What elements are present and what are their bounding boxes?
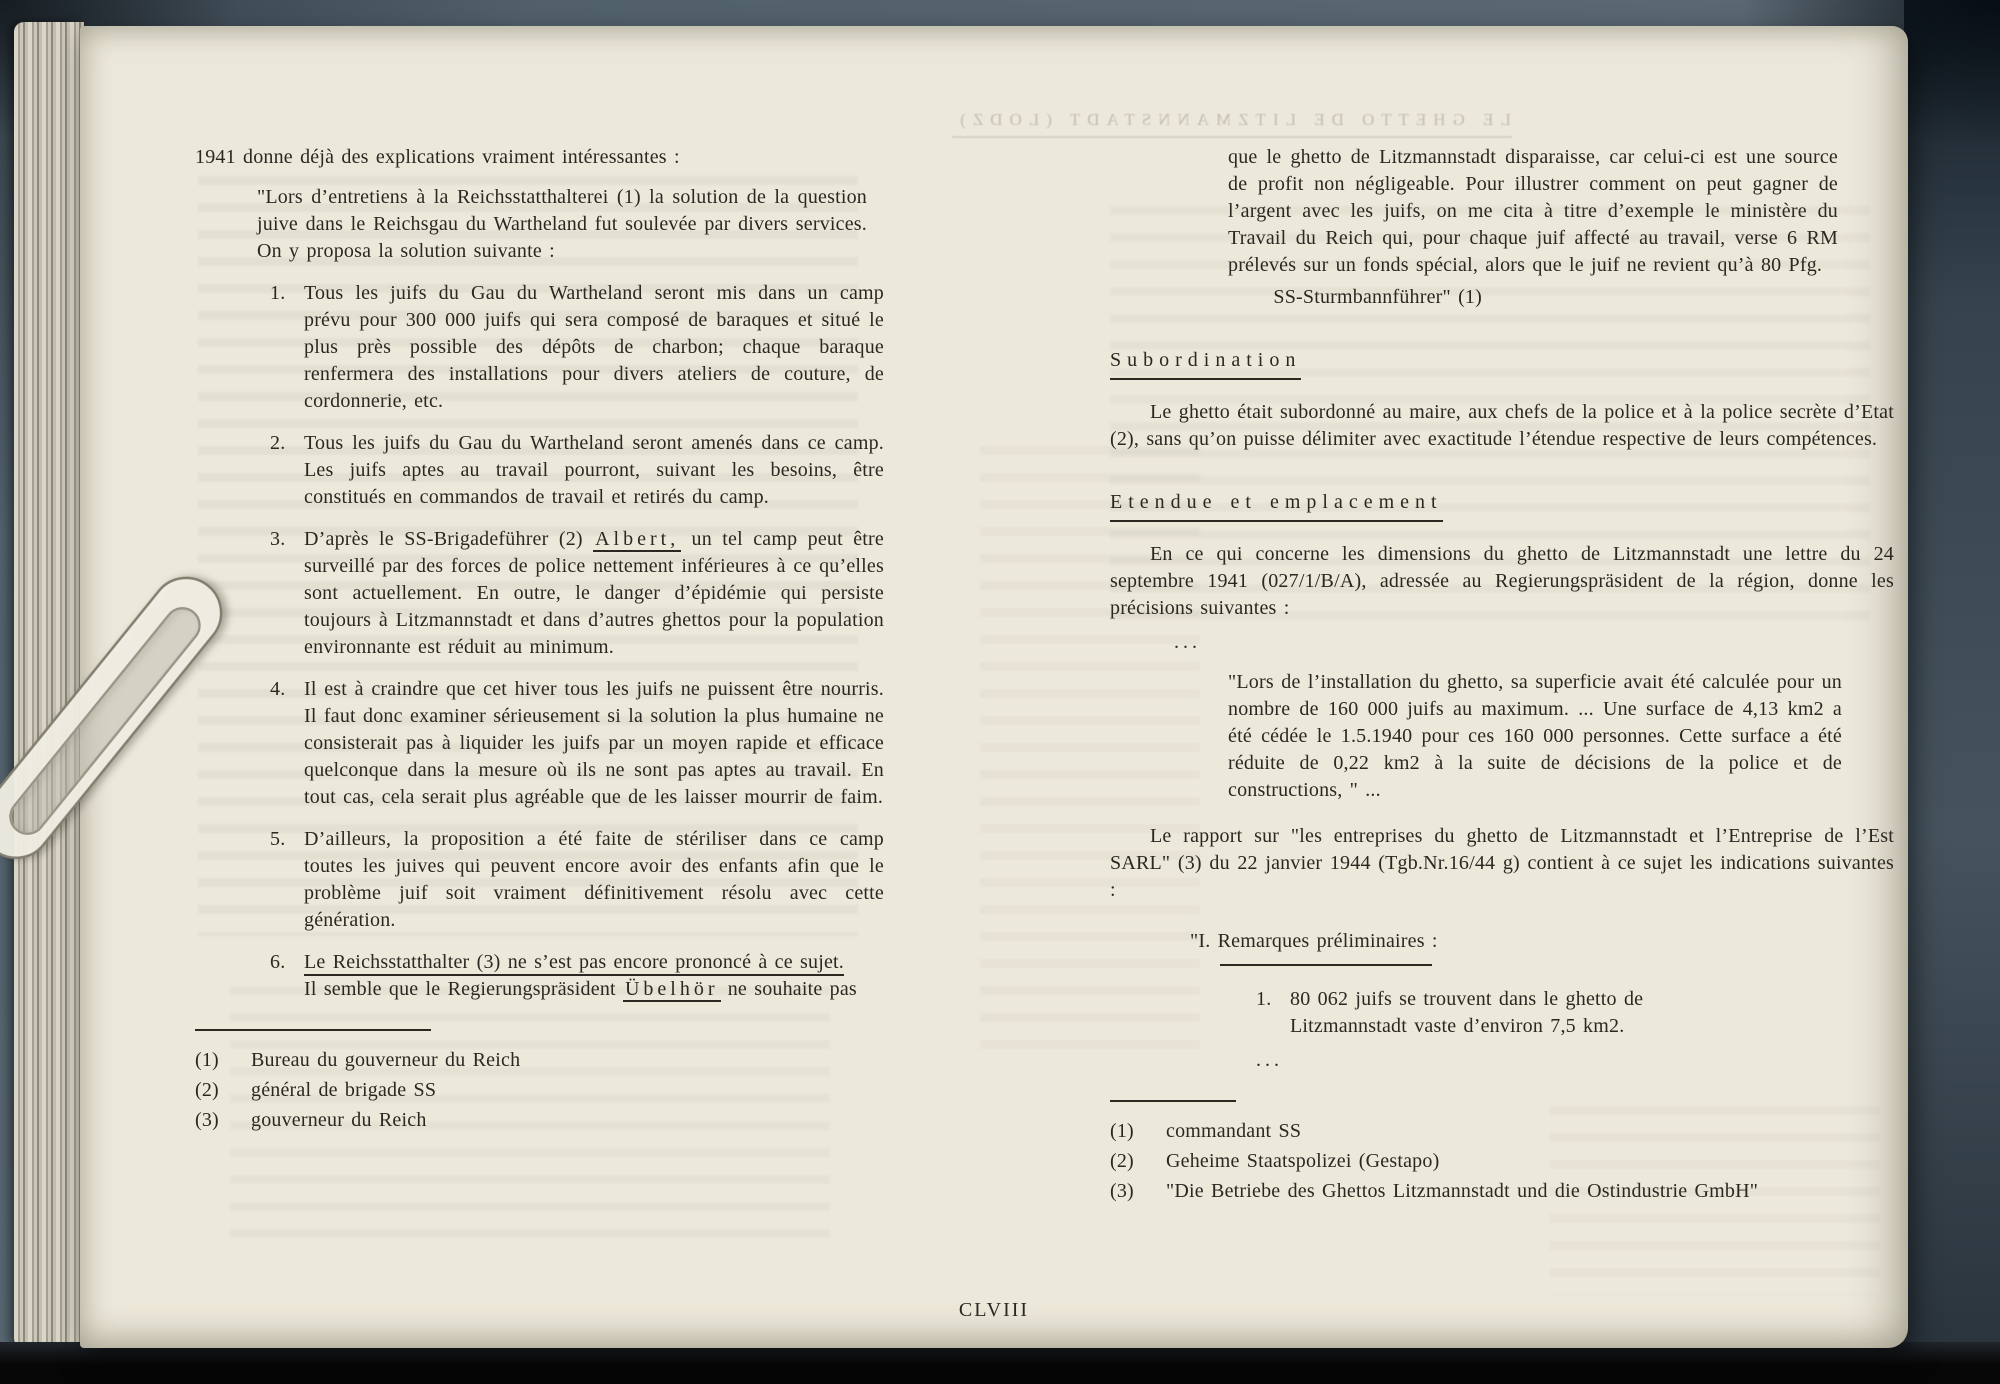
paragraph-etendue: En ce qui concerne les dimensions du ghe…: [1110, 541, 1894, 622]
footnote: (3)"Die Betriebe des Ghettos Litzmannsta…: [1110, 1176, 1894, 1206]
underlined-sentence: Le Reichsstatthalter (3) ne s’est pas en…: [304, 951, 844, 976]
paragraph-rapport: Le rapport sur "les entreprises du ghett…: [1110, 823, 1894, 904]
ellipsis: ...: [1256, 1047, 1894, 1074]
show-through-title: LE GHETTO DE LITZMANNSTADT (LODZ): [952, 110, 1512, 138]
list-item-4: 4. Il est à craindre que cet hiver tous …: [270, 676, 884, 811]
book-page: LE GHETTO DE LITZMANNSTADT (LODZ) 1941 d…: [80, 26, 1908, 1348]
preliminary-item-1: 1. 80 062 juifs se trouvent dans le ghet…: [1256, 986, 1756, 1040]
block-quote-installation: "Lors de l’installation du ghetto, sa su…: [1228, 669, 1842, 804]
underlined-name-albert: Albert,: [593, 528, 681, 552]
book-photo-scene: LE GHETTO DE LITZMANNSTADT (LODZ) 1941 d…: [0, 0, 2000, 1384]
item-text: D’après le SS-Brigadeführer (2) Albert, …: [304, 528, 884, 658]
footnote: (1)Bureau du gouverneur du Reich: [195, 1045, 935, 1075]
item-number: 6.: [270, 949, 285, 976]
footnote-separator: [1110, 1100, 1236, 1102]
footnote: (2)général de brigade SS: [195, 1075, 935, 1105]
list-item-5: 5. D’ailleurs, la proposition a été fait…: [270, 826, 884, 934]
item-number: 3.: [270, 526, 285, 553]
item-number: 1.: [1256, 986, 1271, 1013]
footnote: (3)gouverneur du Reich: [195, 1105, 935, 1135]
item-text: Le Reichsstatthalter (3) ne s’est pas en…: [304, 951, 857, 1002]
section-heading-etendue: Etendue et emplacement: [1110, 489, 1443, 522]
book-cover-right-edge: [1904, 0, 2000, 1384]
section-heading-subordination: Subordination: [1110, 347, 1301, 380]
item-number: 2.: [270, 430, 285, 457]
list-item-3: 3. D’après le SS-Brigadeführer (2) Alber…: [270, 526, 884, 661]
page-edges-stack: [14, 22, 84, 1348]
item-text: D’ailleurs, la proposition a été faite d…: [304, 828, 884, 931]
heading-wrap: Etendue et emplacement: [1110, 453, 1894, 522]
page-number: CLVIII: [80, 1299, 1908, 1322]
footnote: (2)Geheime Staatspolizei (Gestapo): [1110, 1146, 1894, 1176]
heading-wrap: Subordination: [1110, 311, 1894, 380]
footnote: (1)commandant SS: [1110, 1116, 1894, 1146]
item-text: Tous les juifs du Gau du Wartheland sero…: [304, 282, 884, 412]
footnote-separator: [195, 1029, 431, 1031]
item-number: 4.: [270, 676, 285, 703]
right-column: que le ghetto de Litzmannstadt disparais…: [1110, 144, 1894, 1206]
item-text: Il est à craindre que cet hiver tous les…: [304, 678, 884, 808]
list-item-1: 1. Tous les juifs du Gau du Wartheland s…: [270, 280, 884, 415]
item-number: 1.: [270, 280, 285, 307]
book-cover-bottom-edge: [0, 1342, 2000, 1384]
list-item-6: 6. Le Reichsstatthalter (3) ne s’est pas…: [270, 949, 884, 1003]
item-text: 80 062 juifs se trouvent dans le ghetto …: [1290, 988, 1643, 1037]
paragraph-subordination: Le ghetto était subordonné au maire, aux…: [1110, 399, 1894, 453]
subquote-underline: [1220, 964, 1432, 966]
quote-continuation: que le ghetto de Litzmannstadt disparais…: [1228, 144, 1838, 279]
left-footnotes: (1)Bureau du gouverneur du Reich (2)géné…: [195, 1045, 935, 1135]
ellipsis: ...: [1174, 629, 1894, 656]
item-text: Tous les juifs du Gau du Wartheland sero…: [304, 432, 884, 508]
item-number: 5.: [270, 826, 285, 853]
quote-signature: SS-Sturmbannführer" (1): [1110, 284, 1720, 311]
block-quote-entretiens: "Lors d’entretiens à la Reichsstatthalte…: [257, 184, 867, 265]
right-footnotes: (1)commandant SS (2)Geheime Staatspolize…: [1110, 1116, 1894, 1206]
intro-line: 1941 donne déjà des explications vraimen…: [195, 144, 935, 171]
list-item-2: 2. Tous les juifs du Gau du Wartheland s…: [270, 430, 884, 511]
underlined-name-ubelhor: Übelhör: [623, 978, 721, 1002]
subquote-heading: "I. Remarques préliminaires :: [1190, 928, 1894, 955]
left-column: 1941 donne déjà des explications vraimen…: [195, 144, 935, 1135]
